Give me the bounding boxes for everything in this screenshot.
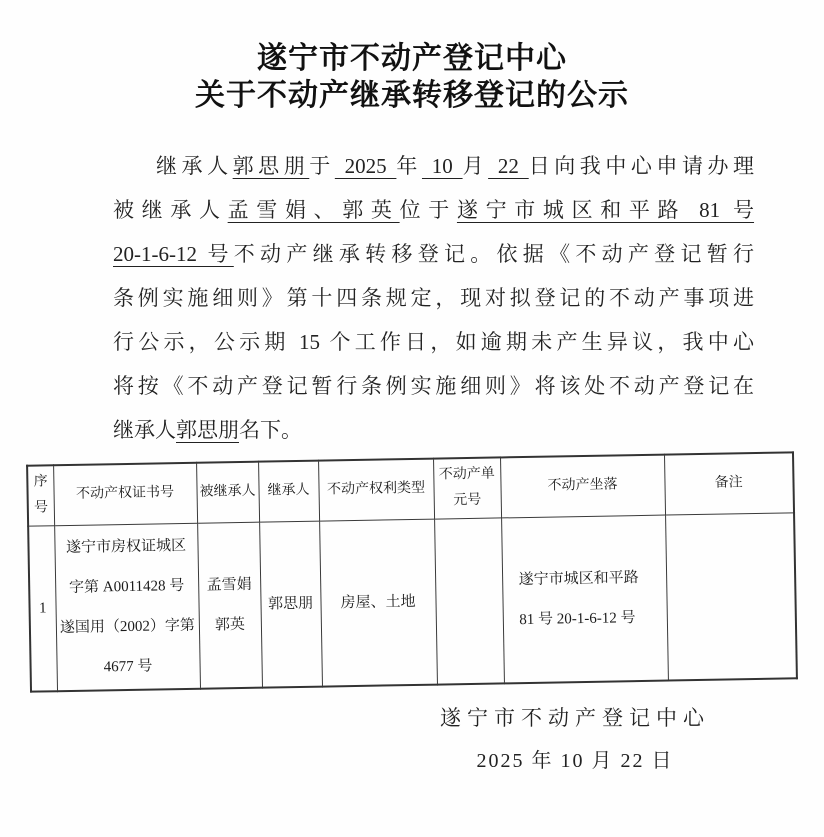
- signature-block: 遂宁市不动产登记中心 2025 年 10 月 22 日: [420, 704, 730, 774]
- body-text-segment: 行公示，公示期 15 个工作日，如逾期未产生异议，我中心: [113, 330, 754, 354]
- cell-decedents: 孟雪娟 郭英: [197, 522, 262, 689]
- body-text-segment: 年: [396, 154, 422, 178]
- cell-unit-no: [434, 517, 504, 684]
- body-text-segment: 被继承人: [113, 198, 228, 222]
- cell-serial: 1: [28, 525, 57, 691]
- issuing-organization: 遂宁市不动产登记中心: [420, 704, 730, 732]
- body-text-segment: 不动产继承转移登记。依据《不动产登记暂行: [234, 242, 754, 266]
- body-text-segment: 名下。: [239, 418, 302, 442]
- body-text-segment: 条例实施细则》第十四条规定，现对拟登记的不动产事项进: [113, 286, 754, 310]
- col-header-heir: 继承人: [258, 461, 319, 522]
- heir-name-underlined: 郭思朋: [176, 418, 239, 442]
- body-line-2: 被继承人孟雪娟、郭英位于遂宁市城区和平路 81 号: [113, 188, 754, 232]
- table-row: 1 遂宁市房权证城区 字第 A0011428 号 遂国用（2002）字第 467…: [28, 512, 797, 691]
- notice-body: 继承人郭思朋于 2025 年 10 月 22 日向我中心申请办理 被继承人孟雪娟…: [113, 144, 754, 452]
- decedents-underlined: 孟雪娟、郭英: [228, 198, 400, 222]
- issue-date: 2025 年 10 月 22 日: [420, 748, 730, 774]
- col-header-location: 不动产坐落: [500, 455, 665, 518]
- month-underlined: 10: [422, 154, 463, 178]
- body-line-4: 条例实施细则》第十四条规定，现对拟登记的不动产事项进: [113, 276, 754, 320]
- body-text-segment: 于: [309, 154, 335, 178]
- notice-document-page: 遂宁市不动产登记中心 关于不动产继承转移登记的公示 继承人郭思朋于 2025 年…: [0, 0, 824, 837]
- body-line-1: 继承人郭思朋于 2025 年 10 月 22 日向我中心申请办理: [113, 144, 754, 188]
- address-underlined: 遂宁市城区和平路 81 号: [457, 198, 754, 222]
- body-line-6: 将按《不动产登记暂行条例实施细则》将该处不动产登记在: [113, 364, 754, 408]
- body-text-segment: 继承人: [113, 418, 176, 442]
- cell-remark: [665, 512, 797, 680]
- heir-name-underlined: 郭思朋: [233, 154, 310, 178]
- body-text-segment: 位于: [400, 198, 457, 222]
- col-header-remark: 备注: [664, 452, 794, 514]
- body-line-5: 行公示，公示期 15 个工作日，如逾期未产生异议，我中心: [113, 320, 754, 364]
- body-text-segment: 将按《不动产登记暂行条例实施细则》将该处不动产登记在: [113, 374, 754, 398]
- body-line-7: 继承人郭思朋名下。: [113, 408, 754, 452]
- body-text-segment: 日向我中心申请办理: [529, 154, 754, 178]
- registration-table: 序号 不动产权证书号 被继承人 继承人 不动产权利类型 不动产单元号 不动产坐落…: [26, 451, 798, 692]
- col-header-right-type: 不动产权利类型: [318, 459, 434, 521]
- cell-right-type: 房屋、土地: [319, 519, 437, 686]
- unit-number-underlined: 20-1-6-12 号: [113, 242, 234, 266]
- document-title: 遂宁市不动产登记中心 关于不动产继承转移登记的公示: [0, 0, 824, 114]
- col-header-certificate: 不动产权证书号: [53, 463, 197, 525]
- cell-certificate: 遂宁市房权证城区 字第 A0011428 号 遂国用（2002）字第 4677 …: [54, 523, 200, 691]
- col-header-decedents: 被继承人: [196, 462, 259, 523]
- cell-location: 遂宁市城区和平路 81 号 20-1-6-12 号: [501, 515, 668, 683]
- title-line-1: 遂宁市不动产登记中心: [0, 40, 824, 77]
- col-header-unit-no: 不动产单元号: [433, 457, 501, 518]
- title-line-2: 关于不动产继承转移登记的公示: [0, 77, 824, 114]
- body-line-3: 20-1-6-12 号不动产继承转移登记。依据《不动产登记暂行: [113, 232, 754, 276]
- day-underlined: 22: [488, 154, 529, 178]
- year-underlined: 2025: [335, 154, 397, 178]
- col-header-serial: 序号: [27, 465, 54, 525]
- body-text-segment: 继承人: [156, 154, 233, 178]
- cell-heir: 郭思朋: [259, 521, 322, 688]
- body-text-segment: 月: [463, 154, 489, 178]
